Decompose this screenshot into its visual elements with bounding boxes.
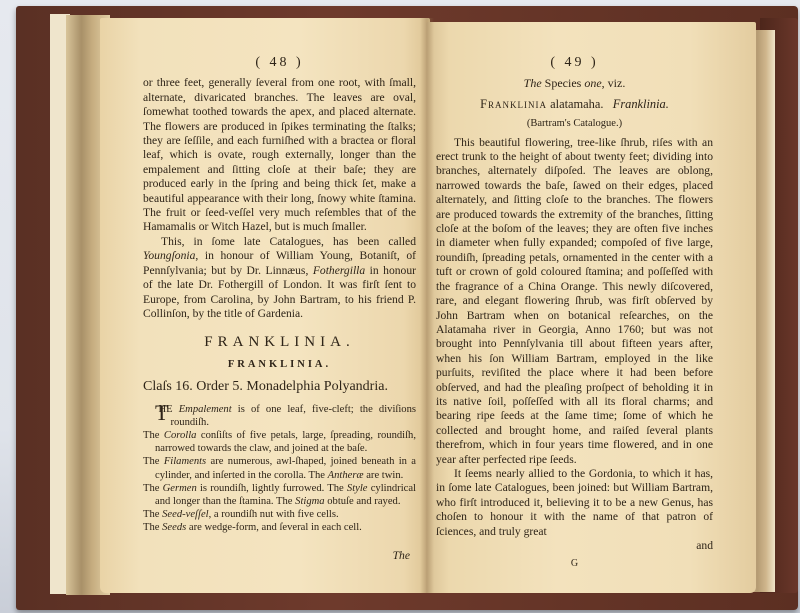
- source-reference: (Bartram's Catalogue.): [436, 117, 713, 131]
- left-page-text: ( 48 ) or three feet, generally ſeveral …: [143, 56, 416, 563]
- paragraph: This beautiful flowering, tree-like ſhru…: [436, 136, 713, 467]
- signature-mark: G: [436, 557, 713, 571]
- description-filaments: The Filaments are numerous, awl-ſhaped, …: [143, 455, 416, 481]
- description-germen: The Germen is roundiſh, lightly furrowed…: [143, 482, 416, 508]
- classification: Claſs 16. Order 5. Monadelphia Polyandri…: [143, 380, 416, 394]
- description-corolla: The Corolla conſiſts of five petals, lar…: [143, 429, 416, 455]
- page-number: ( 49 ): [436, 56, 713, 70]
- catchword: and: [436, 539, 713, 553]
- description-seed-vessel: The Seed-veſſel, a roundiſh nut with fiv…: [143, 508, 416, 521]
- species-heading: The Species one, viz.: [436, 76, 713, 90]
- species-name: Franklinia alatamaha. Franklinia.: [436, 97, 713, 111]
- genus-heading: FRANKLINIA.: [143, 335, 416, 349]
- description-empalement: THE Empalement is of one leaf, five-clef…: [143, 403, 416, 429]
- right-page-text: ( 49 ) The Species one, viz. Franklinia …: [436, 56, 713, 572]
- paragraph: or three feet, generally ſeveral from on…: [143, 76, 416, 234]
- paragraph: It ſeems nearly allied to the Gordonia, …: [436, 467, 713, 539]
- description-seeds: The Seeds are wedge-form, and ſeveral in…: [143, 521, 416, 534]
- catchword: The: [143, 549, 416, 563]
- book-gutter: [420, 18, 434, 593]
- paragraph: This, in ſome late Catalogues, has been …: [143, 235, 416, 321]
- page-number: ( 48 ): [143, 56, 416, 70]
- genus-subheading: FRANKLINIA.: [143, 358, 416, 372]
